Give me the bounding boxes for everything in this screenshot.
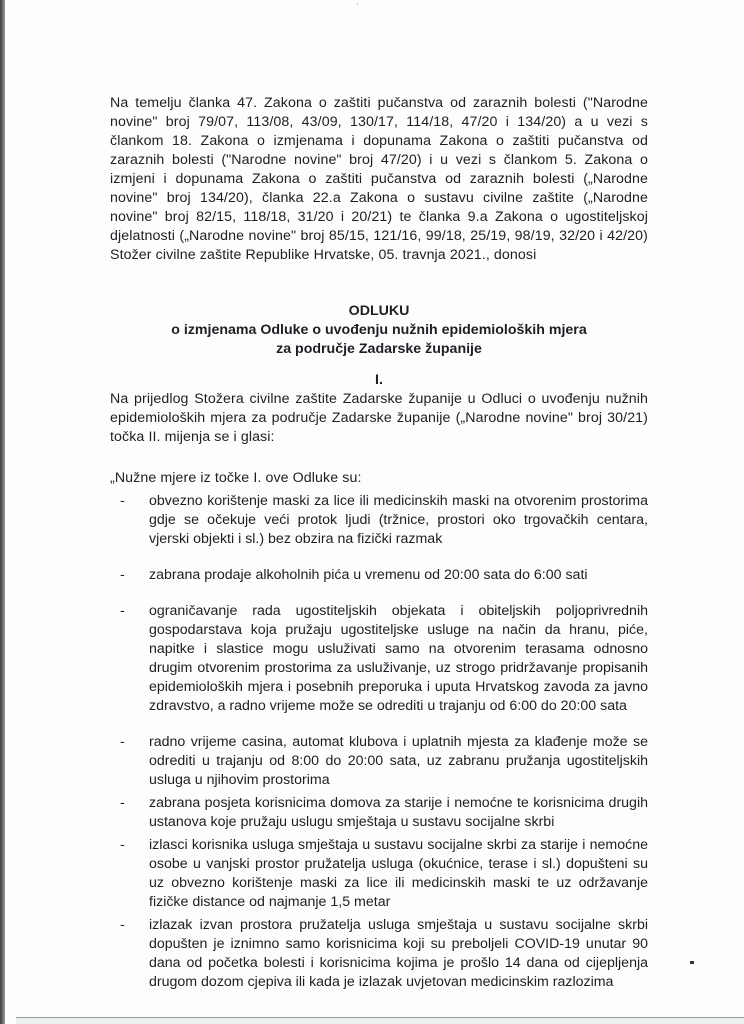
- document-page: Na temelju članka 47. Zakona o zaštiti p…: [110, 94, 648, 992]
- measures-lead: „Nužne mjere iz točke I. ove Odluke su:: [110, 469, 648, 488]
- bullet-dash: -: [120, 566, 125, 585]
- scan-artifact-bottom: [690, 961, 694, 964]
- measures-list: -obvezno korištenje maski za lice ili me…: [110, 492, 648, 992]
- scan-artifact-top: ˈ: [356, 2, 359, 12]
- bullet-dash: -: [120, 794, 125, 813]
- measure-item: -izlasci korisnika usluga smještaja u su…: [110, 836, 648, 912]
- decision-subtitle-line2: za područje Zadarske županije: [110, 340, 648, 359]
- measure-item: -izlazak izvan prostora pružatelja uslug…: [110, 916, 648, 992]
- measure-item: -zabrana posjeta korisnicima domova za s…: [110, 794, 648, 832]
- bullet-dash: -: [120, 492, 125, 511]
- measure-item: -radno vrijeme casina, automat klubova i…: [110, 733, 648, 790]
- bullet-dash: -: [120, 733, 125, 752]
- measure-item: -obvezno korištenje maski za lice ili me…: [110, 492, 648, 549]
- measure-item: -ograničavanje rada ugostiteljskih objek…: [110, 602, 648, 716]
- section-number: I.: [110, 371, 648, 390]
- preamble-paragraph: Na temelju članka 47. Zakona o zaštiti p…: [110, 94, 648, 265]
- bullet-dash: -: [120, 836, 125, 855]
- measure-item: -zabrana prodaje alkoholnih pića u vreme…: [110, 566, 648, 585]
- decision-subtitle-line1: o izmjenama Odluke o uvođenju nužnih epi…: [110, 321, 648, 340]
- scan-edge-left: [0, 0, 5, 1024]
- bullet-dash: -: [120, 916, 125, 935]
- decision-heading: ODLUKU: [110, 302, 648, 321]
- decision-title: ODLUKU o izmjenama Odluke o uvođenju nuž…: [110, 302, 648, 359]
- bullet-dash: -: [120, 602, 125, 621]
- section-intro-paragraph: Na prijedlog Stožera civilne zaštite Zad…: [110, 390, 648, 447]
- scan-bottom-margin: [16, 1018, 744, 1024]
